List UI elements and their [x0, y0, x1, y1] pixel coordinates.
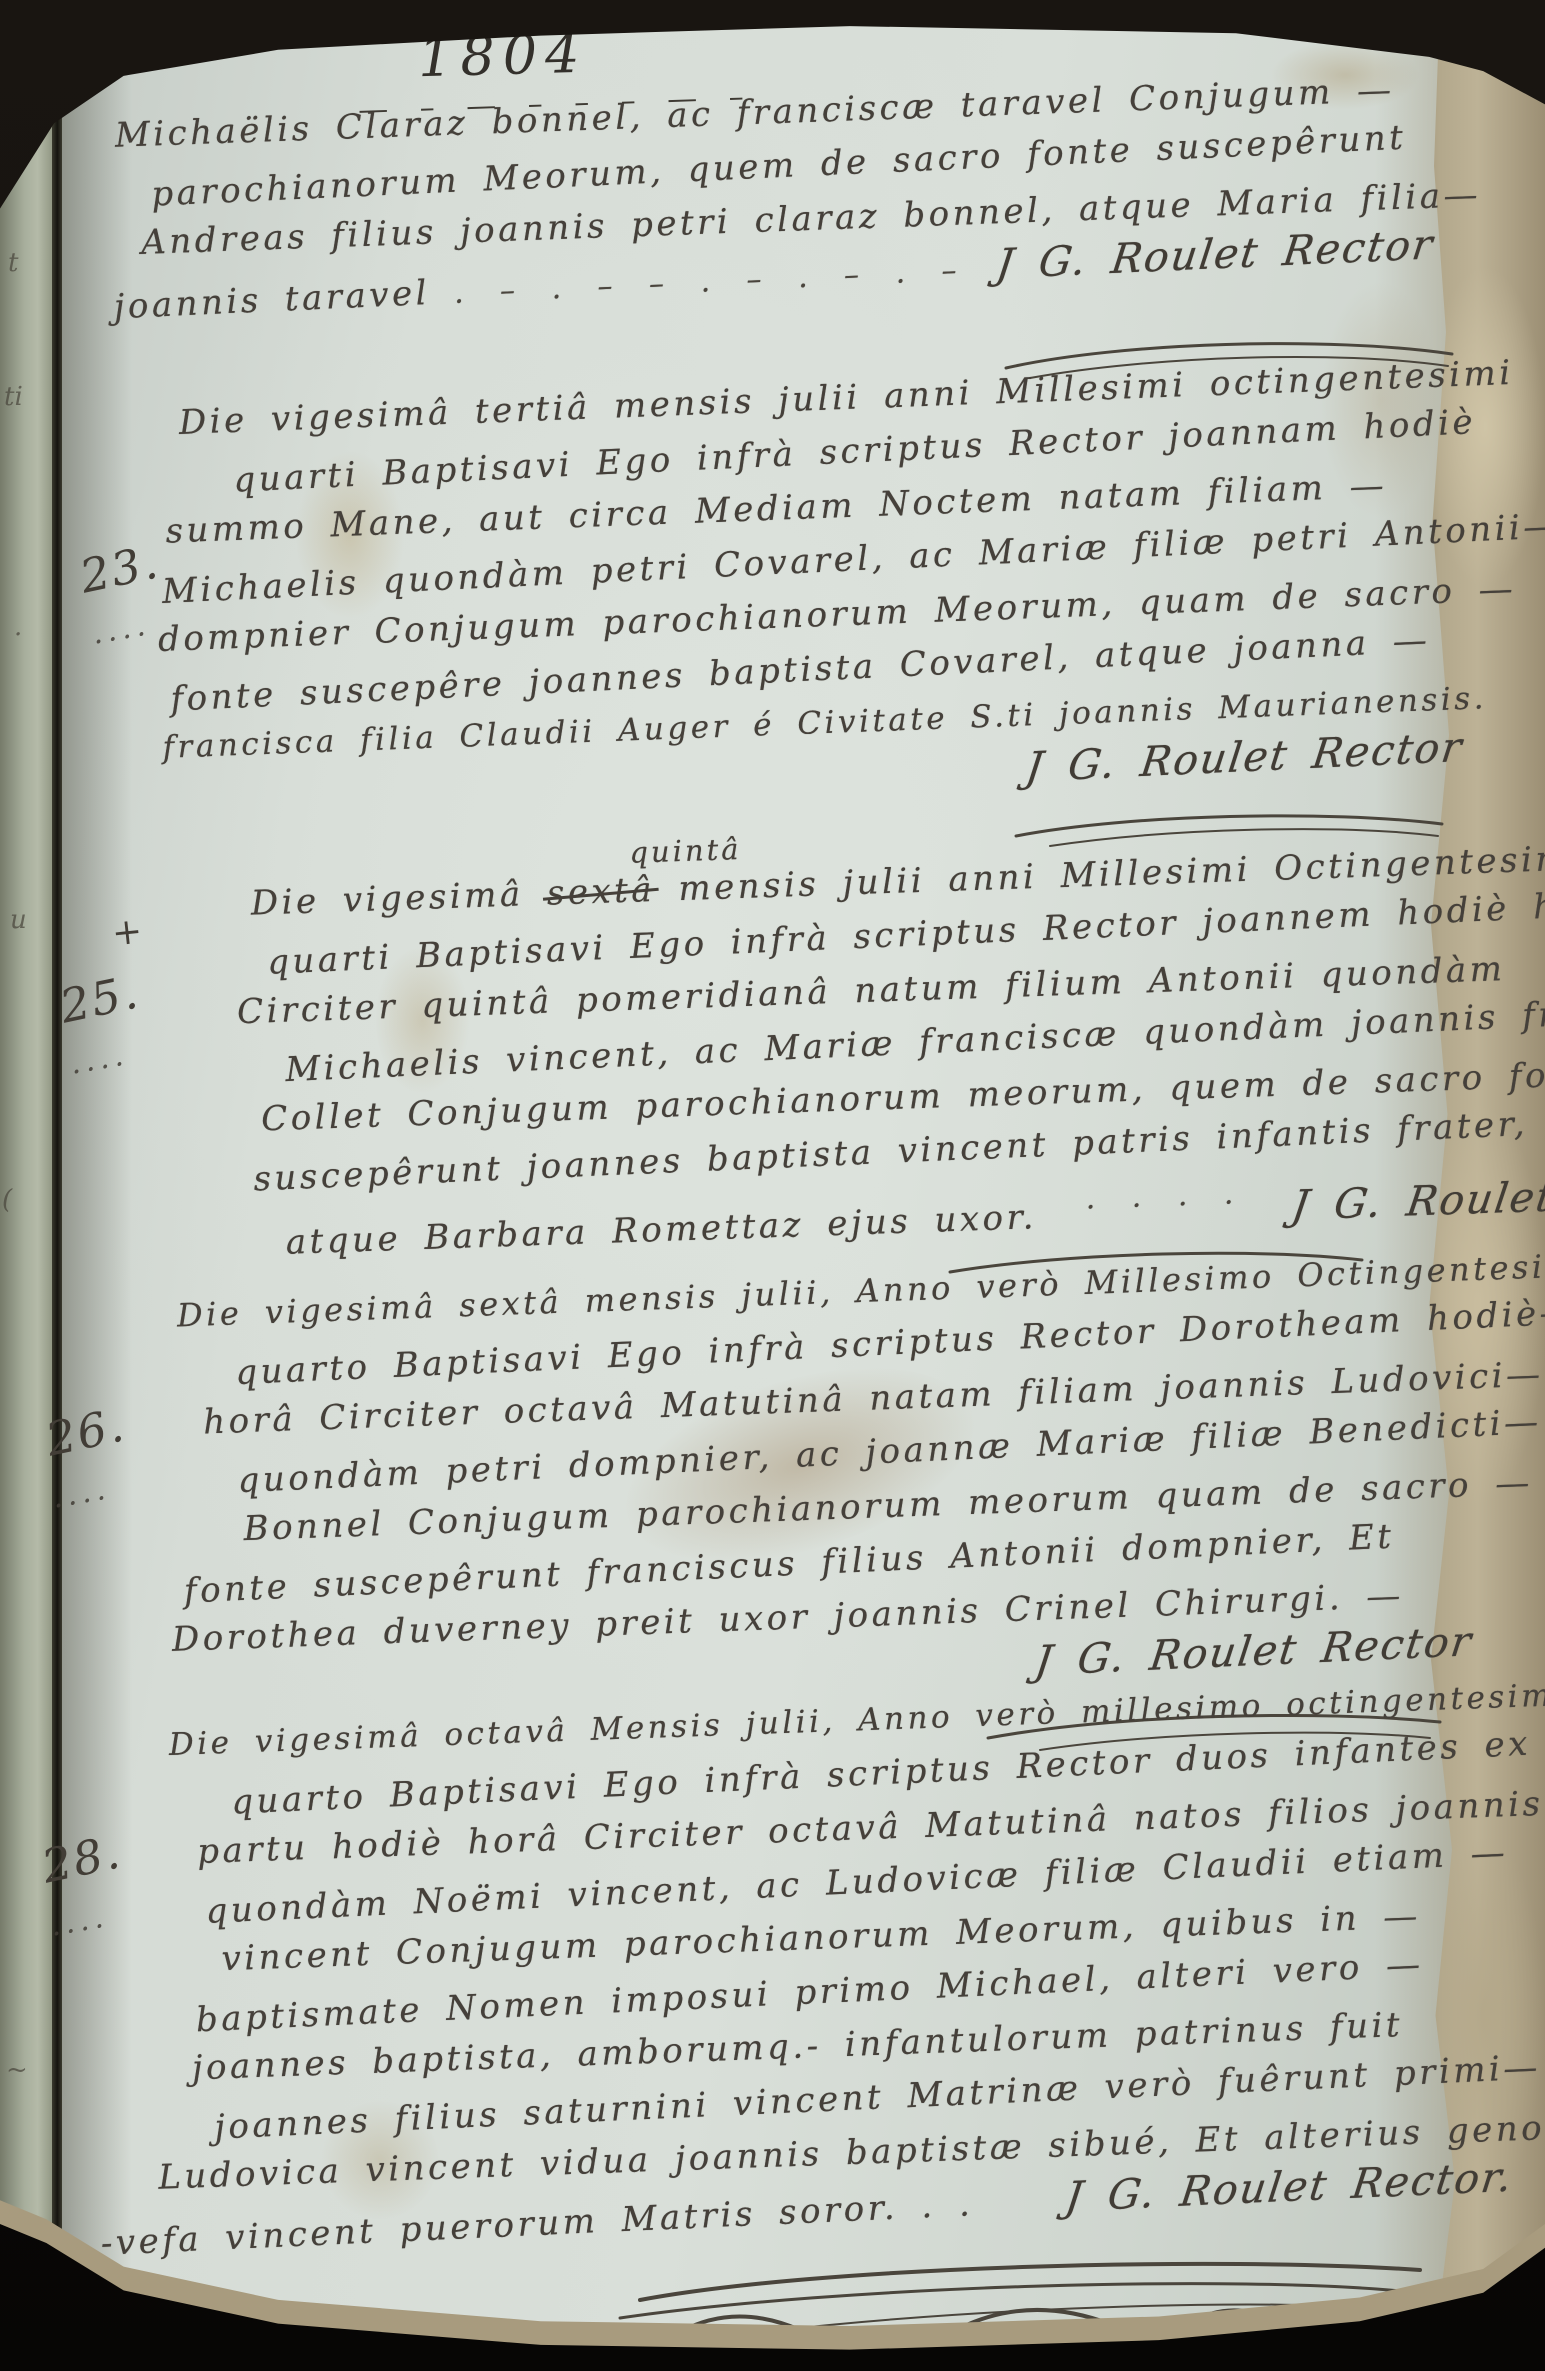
left-edge-text-fragment: ·: [14, 620, 22, 650]
struck-word: sextâ: [546, 863, 656, 921]
entry-26: Die vigesimâ sextâ mensis julii, Anno ve…: [158, 1240, 1474, 1724]
left-edge-text-fragment: u: [10, 905, 27, 935]
left-edge-text-fragment: (: [2, 1185, 12, 1215]
left-edge-text-fragment: t: [8, 248, 18, 278]
left-edge-text-fragment: ti: [4, 382, 23, 412]
left-edge-text-fragment: ~: [6, 2055, 28, 2085]
entry-28: Die vigesimâ octavâ Mensis julii, Anno v…: [140, 1669, 1491, 2262]
register-photo: t ti u ( · ~ 1804 — – — – – – — – Michaë…: [0, 0, 1545, 2371]
entry-line-text: Die vigesimâ: [250, 874, 547, 924]
filler-dots: . . . .: [1085, 1167, 1244, 1226]
entry-25: quintâ Die vigesimâ sextâ mensis julii a…: [232, 833, 1466, 1258]
entry-23: Die vigesimâ tertiâ mensis julii anni Mi…: [148, 346, 1465, 832]
rector-signature: J G. Roulet Rector.: [1288, 1163, 1545, 1233]
margin-cross: +: [110, 911, 144, 955]
